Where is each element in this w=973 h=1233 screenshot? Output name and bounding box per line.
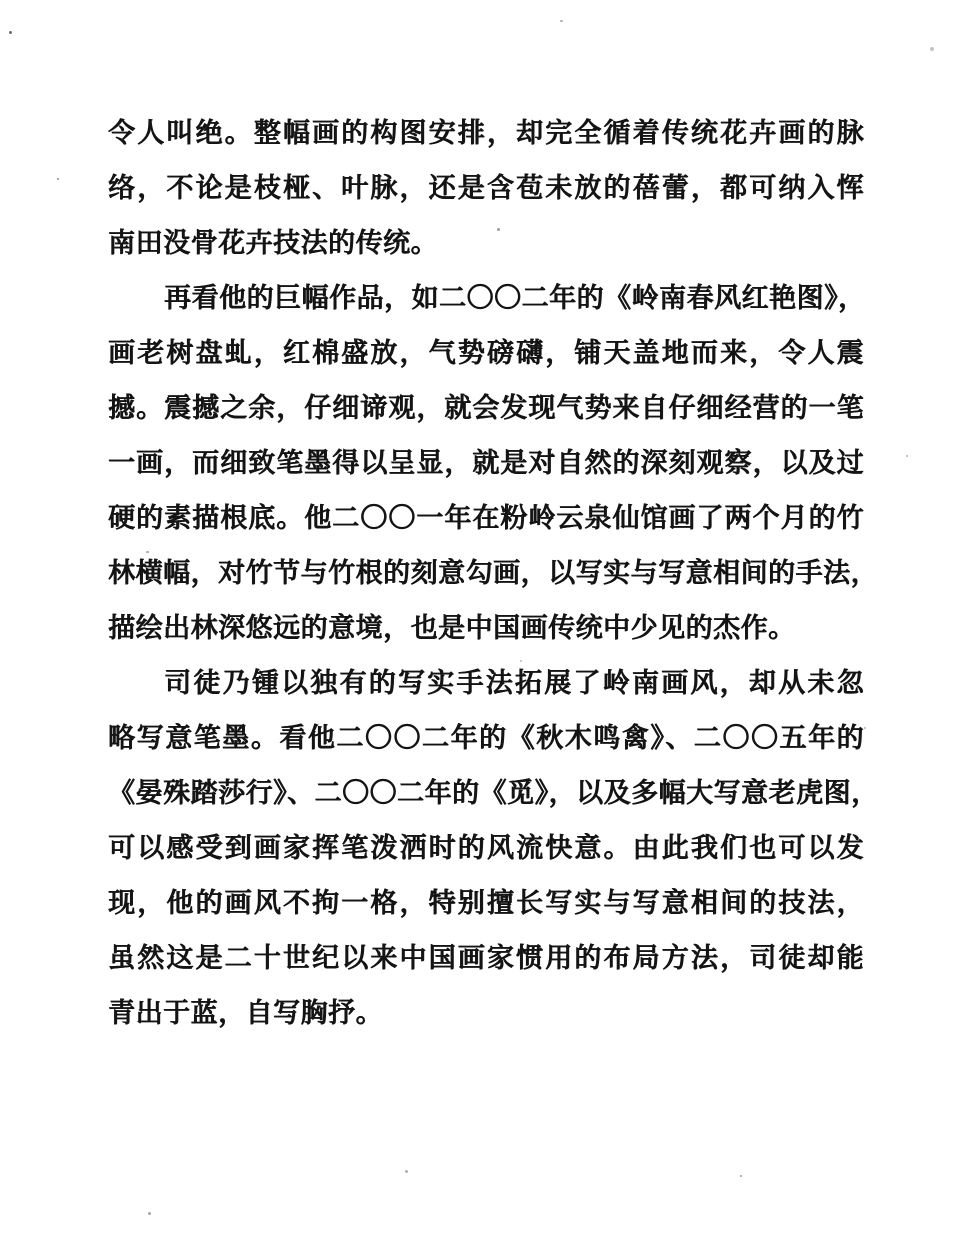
scan-noise-speck [864, 727, 866, 729]
text-line: 司徒乃锺以独有的写实手法拓展了岭南画风，却从未忽 [108, 656, 864, 711]
text-line: 令人叫绝。整幅画的构图安排，却完全循着传统花卉画的脉 [108, 106, 864, 161]
scanned-page: 令人叫绝。整幅画的构图安排，却完全循着传统花卉画的脉 络，不论是枝桠、叶脉，还是… [0, 0, 973, 1233]
scan-noise-speck [146, 551, 149, 553]
text-line: 描绘出林深悠远的意境，也是中国画传统中少见的杰作。 [108, 601, 864, 656]
text-line: 现，他的画风不拘一格，特别擅长写实与写意相间的技法， [108, 876, 864, 931]
scan-noise-speck [57, 178, 59, 180]
text-line: 画老树盘虬，红棉盛放，气势磅礴，铺天盖地而来，令人震 [108, 326, 864, 381]
text-line: 青出于蓝，自写胸抒。 [108, 986, 864, 1041]
scan-noise-speck [148, 1212, 151, 1215]
body-text-block: 令人叫绝。整幅画的构图安排，却完全循着传统花卉画的脉 络，不论是枝桠、叶脉，还是… [108, 106, 864, 1041]
text-line: 可以感受到画家挥笔泼洒时的风流快意。由此我们也可以发 [108, 821, 864, 876]
scan-noise-speck [560, 20, 563, 22]
text-line: 撼。震撼之余，仔细谛观，就会发现气势来自仔细经营的一笔 [108, 381, 864, 436]
text-line: 络，不论是枝桠、叶脉，还是含苞未放的蓓蕾，都可纳入恽 [108, 161, 864, 216]
scan-noise-speck [520, 660, 522, 662]
text-line: 一画，而细致笔墨得以呈显，就是对自然的深刻观察，以及过 [108, 436, 864, 491]
scan-noise-speck [740, 1175, 742, 1177]
scan-noise-speck [497, 228, 500, 231]
text-line: 《晏殊踏莎行》、二〇〇二年的《觅》，以及多幅大写意老虎图， [108, 766, 864, 821]
scan-noise-speck [930, 47, 934, 51]
text-line: 林横幅，对竹节与竹根的刻意勾画，以写实与写意相间的手法， [108, 546, 864, 601]
text-line: 南田没骨花卉技法的传统。 [108, 216, 864, 271]
text-line: 略写意笔墨。看他二〇〇二年的《秋木鸣禽》、二〇〇五年的 [108, 711, 864, 766]
scan-noise-speck [405, 1170, 408, 1173]
scan-noise-speck [9, 31, 12, 34]
text-line: 硬的素描根底。他二〇〇一年在粉岭云泉仙馆画了两个月的竹 [108, 491, 864, 546]
scan-noise-speck [906, 455, 908, 457]
text-line: 虽然这是二十世纪以来中国画家惯用的布局方法，司徒却能 [108, 931, 864, 986]
text-line: 再看他的巨幅作品，如二〇〇二年的《岭南春风红艳图》， [108, 271, 864, 326]
